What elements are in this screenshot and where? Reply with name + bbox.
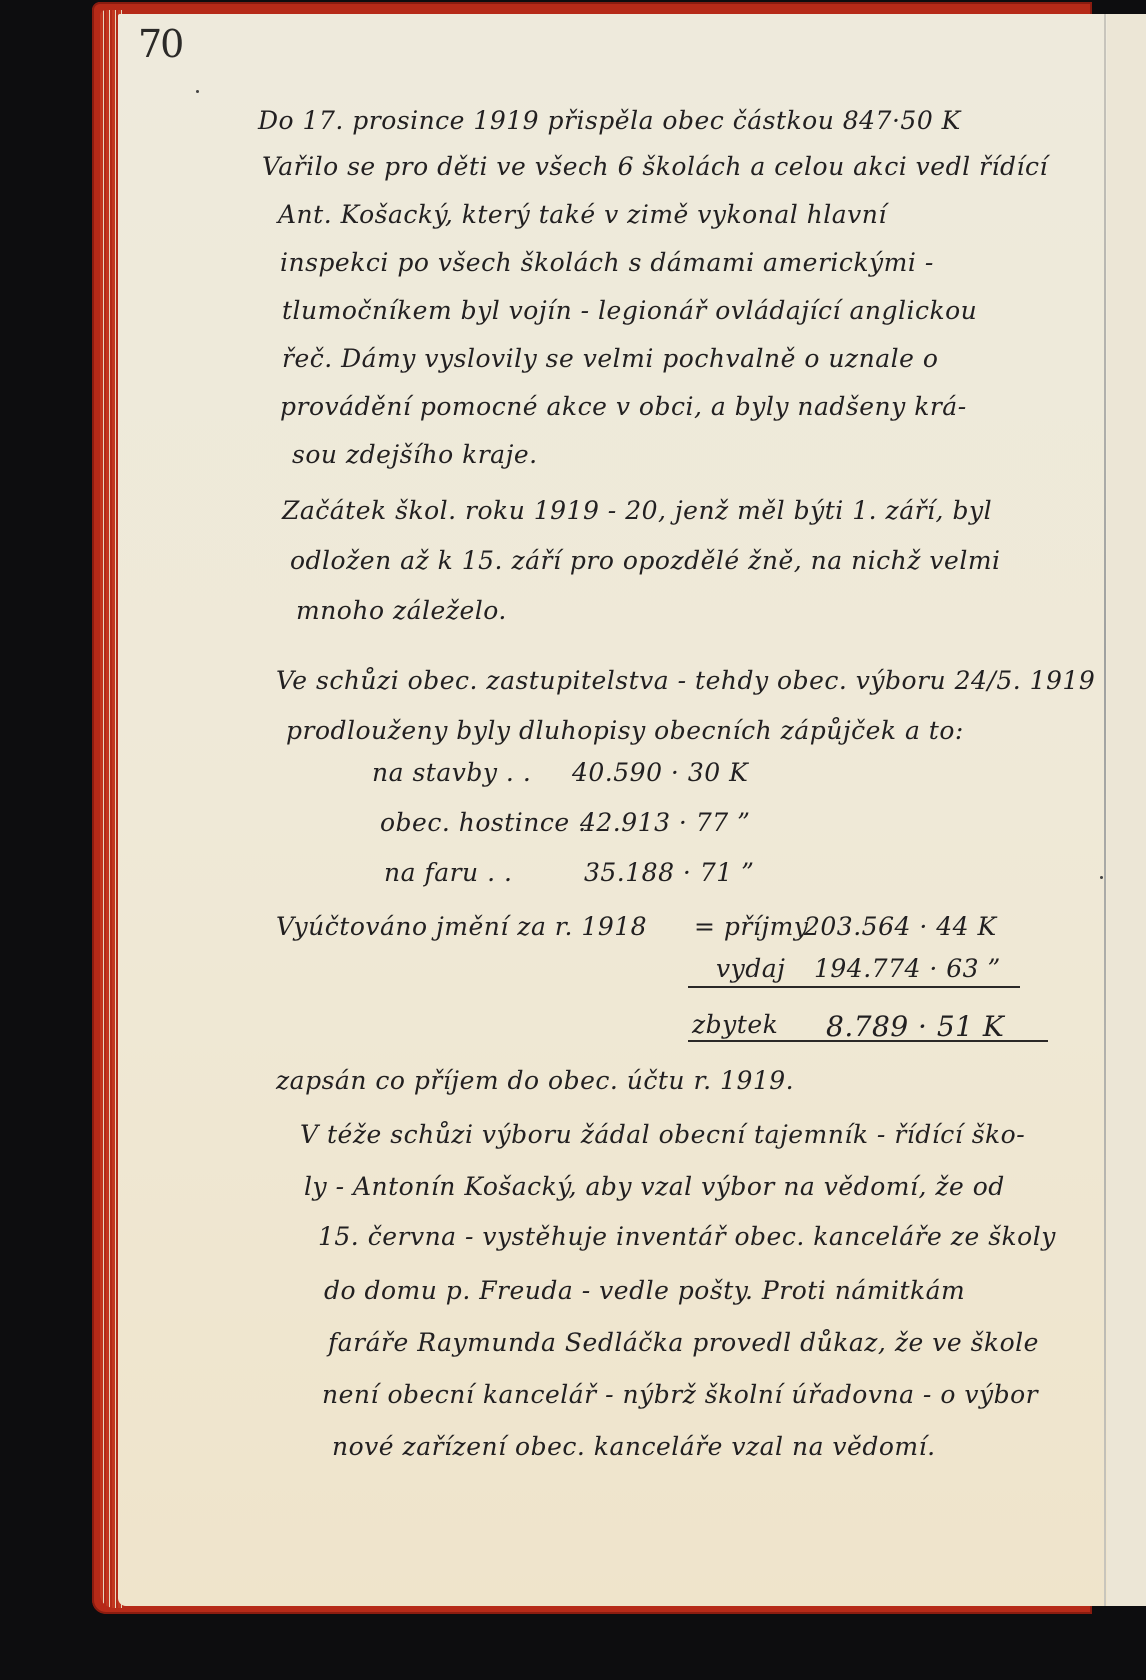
handwritten-text: Do 17. prosince 1919 přispěla obec částk… xyxy=(0,0,1146,1680)
text-line: Začátek škol. roku 1919 - 20, jenž měl b… xyxy=(282,496,992,525)
text-line: nové zařízení obec. kanceláře vzal na vě… xyxy=(332,1432,936,1461)
account-label: = příjmy xyxy=(694,912,804,941)
loan-amount: 40.590 · 30 K xyxy=(572,758,792,787)
loan-row: obec. hostince . 42.913 · 77 ” xyxy=(380,808,800,837)
loan-row: na faru . . 35.188 · 71 ” xyxy=(384,858,804,887)
account-row-balance: zbytek 8.789 · 51 K xyxy=(692,1010,1004,1043)
loan-label: obec. hostince . xyxy=(380,808,580,837)
text-line: V téže schůzi výboru žádal obecní tajemn… xyxy=(300,1120,1025,1149)
text-line: sou zdejšího kraje. xyxy=(292,440,538,469)
loan-amount: 35.188 · 71 ” xyxy=(584,858,804,887)
account-label: zbytek xyxy=(692,1010,826,1043)
text-line: 15. června - vystěhuje inventář obec. ka… xyxy=(318,1222,1056,1251)
account-amount: 194.774 · 63 ” xyxy=(814,954,1001,983)
account-row-expense: vydaj 194.774 · 63 ” xyxy=(716,954,1001,983)
text-line: Do 17. prosince 1919 přispěla obec částk… xyxy=(258,106,961,135)
text-line: faráře Raymunda Sedláčka provedl důkaz, … xyxy=(328,1328,1039,1357)
account-amount: 203.564 · 44 K xyxy=(804,912,997,941)
account-amount: 8.789 · 51 K xyxy=(826,1010,1004,1043)
text-line: není obecní kancelář - nýbrž školní úřad… xyxy=(322,1380,1038,1409)
sum-underline xyxy=(688,986,1020,988)
text-line: mnoho záleželo. xyxy=(296,596,507,625)
account-label: vydaj xyxy=(716,954,814,983)
balance-underline xyxy=(688,1040,1048,1042)
loan-label: na stavby . . xyxy=(372,758,572,787)
text-line: zapsán co příjem do obec. účtu r. 1919. xyxy=(276,1066,794,1095)
text-line: Vařilo se pro děti ve všech 6 školách a … xyxy=(262,152,1048,181)
loan-label: na faru . . xyxy=(384,858,584,887)
loan-row: na stavby . . 40.590 · 30 K xyxy=(372,758,792,787)
text-line: Ant. Košacký, který také v zimě vykonal … xyxy=(278,200,887,229)
paper-speck xyxy=(1100,876,1103,879)
text-line: prodlouženy byly dluhopisy obecních zápů… xyxy=(286,716,964,745)
paper-speck xyxy=(196,90,199,93)
loan-amount: 42.913 · 77 ” xyxy=(580,808,800,837)
text-line: Ve schůzi obec. zastupitelstva - tehdy o… xyxy=(276,666,1095,695)
text-line: ly - Antonín Košacký, aby vzal výbor na … xyxy=(304,1172,1005,1201)
text-line: inspekci po všech školách s dámami ameri… xyxy=(280,248,934,277)
text-line: tlumočníkem byl vojín - legionář ovládaj… xyxy=(282,296,977,325)
text-line: řeč. Dámy vyslovily se velmi pochvalně o… xyxy=(282,344,938,373)
text-line: do domu p. Freuda - vedle pošty. Proti n… xyxy=(324,1276,965,1305)
accounts-intro: Vyúčtováno jmění za r. 1918 xyxy=(276,912,647,941)
account-row-income: = příjmy 203.564 · 44 K xyxy=(694,912,997,941)
text-line: provádění pomocné akce v obci, a byly na… xyxy=(280,392,967,421)
text-line: odložen až k 15. září pro opozdělé žně, … xyxy=(290,546,1001,575)
